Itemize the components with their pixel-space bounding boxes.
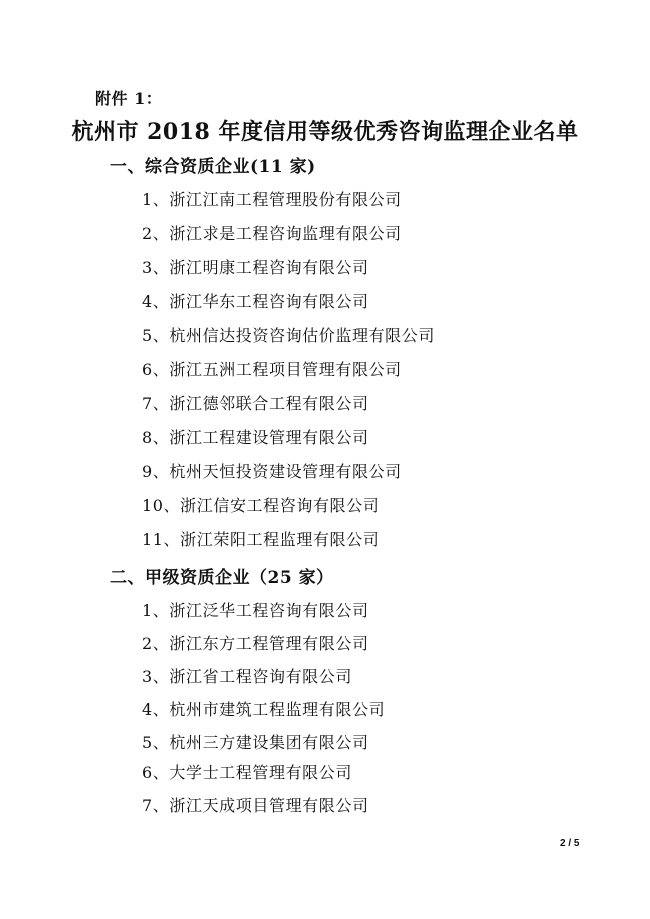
list-item: 5、杭州信达投资咨询估价监理有限公司 (142, 323, 435, 346)
list-item: 9、杭州天恒投资建设管理有限公司 (142, 459, 402, 482)
list-item: 2、浙江东方工程管理有限公司 (142, 631, 369, 654)
list-item: 4、杭州市建筑工程监理有限公司 (142, 697, 385, 720)
list-item: 2、浙江求是工程咨询监理有限公司 (142, 221, 402, 244)
list-item: 7、浙江德邻联合工程有限公司 (142, 391, 369, 414)
list-item: 3、浙江明康工程咨询有限公司 (142, 255, 369, 278)
list-item: 3、浙江省工程咨询有限公司 (142, 664, 352, 687)
page-number: 2 / 5 (560, 838, 579, 849)
section-heading-grade-a: 二、甲级资质企业（25 家） (110, 563, 334, 588)
list-item: 7、浙江天成项目管理有限公司 (142, 793, 369, 816)
list-item: 10、浙江信安工程咨询有限公司 (142, 493, 379, 516)
annex-label: 附件 1： (95, 86, 162, 109)
list-item: 8、浙江工程建设管理有限公司 (142, 425, 369, 448)
list-item: 4、浙江华东工程咨询有限公司 (142, 289, 369, 312)
list-item: 6、浙江五洲工程项目管理有限公司 (142, 357, 402, 380)
section-heading-comprehensive: 一、综合资质企业(11 家) (110, 152, 316, 177)
list-item: 1、浙江泛华工程咨询有限公司 (142, 598, 369, 621)
list-item: 1、浙江江南工程管理股份有限公司 (142, 187, 402, 210)
list-item: 6、大学士工程管理有限公司 (142, 760, 352, 783)
list-item: 11、浙江荣阳工程监理有限公司 (142, 527, 379, 550)
list-item: 5、杭州三方建设集团有限公司 (142, 730, 369, 753)
page-title: 杭州市 2018 年度信用等级优秀咨询监理企业名单 (0, 115, 650, 146)
